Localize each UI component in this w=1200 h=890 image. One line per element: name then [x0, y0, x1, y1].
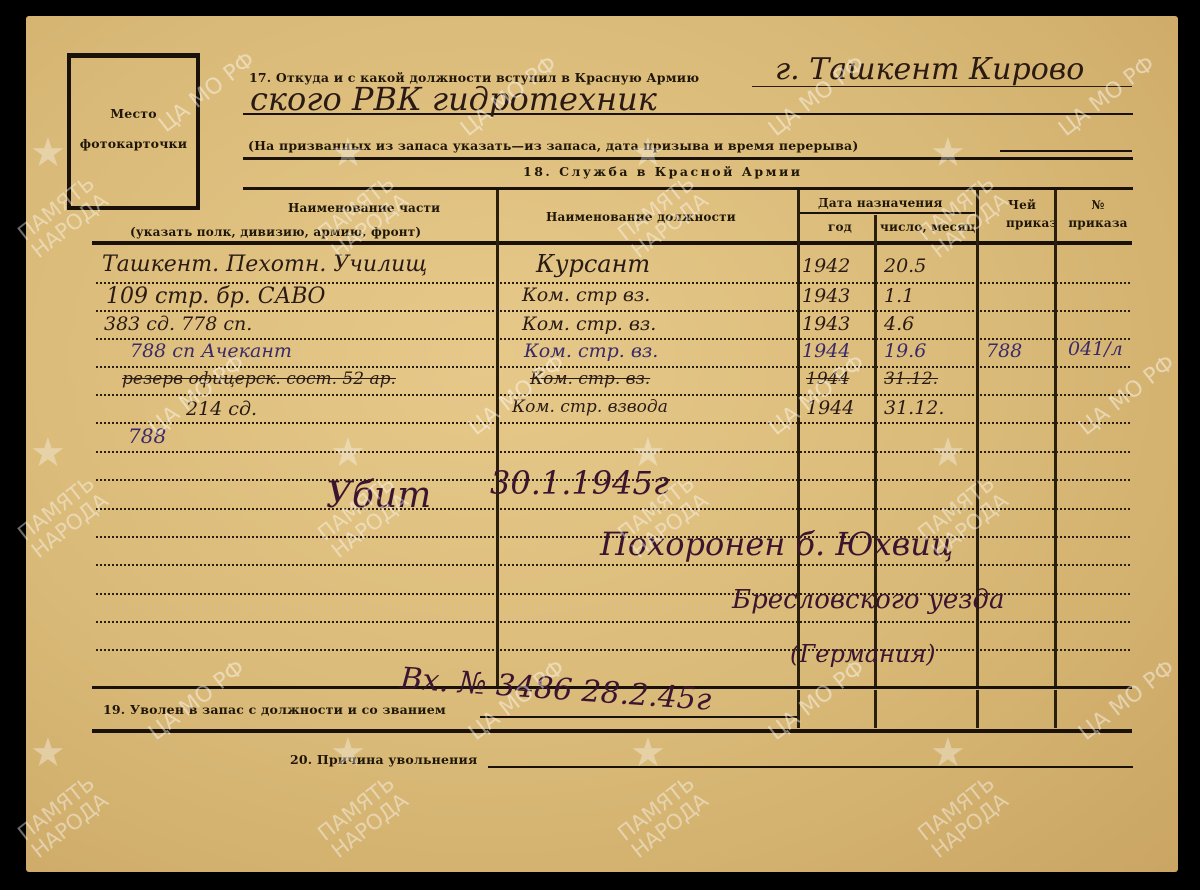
row-line — [96, 394, 1130, 396]
header-day-month: число, месяц — [880, 220, 975, 234]
note-country: (Германия) — [790, 640, 936, 668]
field19-col-divider — [1054, 690, 1057, 728]
note-killed-date: 30.1.1945г — [490, 464, 669, 502]
row5-day-month: 31.12. — [884, 397, 944, 419]
field19-col-divider — [797, 690, 800, 728]
row-line — [96, 621, 1130, 623]
row1-day-month: 1.1 — [884, 285, 914, 307]
row5-year: 1944 — [806, 397, 854, 419]
row0-day-month: 20.5 — [884, 255, 926, 277]
header-date-rule — [800, 212, 975, 214]
row2-year: 1943 — [802, 313, 850, 335]
field19-col-divider — [976, 690, 979, 728]
row5-unit: 214 сд. — [186, 398, 257, 420]
section18-title-rule — [243, 187, 1133, 190]
field17-handwritten-line1: г. Ташкент Кирово — [775, 52, 1084, 87]
col-divider-whose-order — [1054, 190, 1057, 687]
header-date: Дата назначения — [818, 196, 943, 210]
row0-unit: Ташкент. Пехотн. Училищ — [102, 252, 427, 277]
row3-position: Ком. стр. вз. — [524, 340, 658, 362]
row3-order-no: 041/л — [1068, 338, 1123, 360]
header-order-no: № приказа — [1066, 196, 1130, 232]
row-line — [96, 649, 1130, 651]
row4-year-struck: 1944 — [806, 369, 849, 389]
field17-bottom-rule — [243, 157, 1133, 160]
header-whose-order: Чей приказ — [1006, 196, 1038, 232]
row1-position: Ком. стр вз. — [522, 284, 650, 306]
field20-line — [488, 766, 1133, 768]
row-line — [96, 564, 1130, 566]
row5-position: Ком. стр. взвода — [512, 397, 668, 417]
col-divider-unit — [496, 190, 499, 687]
field17-note-line — [1000, 150, 1132, 152]
row3-day-month: 19.6 — [884, 340, 926, 362]
section18-title: 18. Служба в Красной Армии — [523, 164, 803, 179]
field20-label: 20. Причина увольнения — [290, 752, 477, 767]
header-year: год — [828, 220, 852, 234]
row-line — [96, 366, 1130, 368]
field19-label: 19. Уволен в запас с должности и со зван… — [103, 702, 446, 717]
row-line — [96, 422, 1130, 424]
field19-col-divider — [874, 690, 877, 728]
photo-placeholder-line2: фотокарточки — [71, 136, 196, 151]
header-unit-note: (указать полк, дивизию, армию, фронт) — [130, 225, 421, 239]
row4-day-month-struck: 31.12. — [884, 369, 938, 389]
row-line — [96, 508, 1130, 510]
row-line — [96, 451, 1130, 453]
row3-unit: 788 сп Ачекант — [130, 340, 292, 362]
row3-year: 1944 — [802, 340, 850, 362]
row2-position: Ком. стр. вз. — [522, 313, 656, 335]
row4-position-struck: Ком. стр. вз. — [530, 369, 650, 389]
row4-unit-struck: резерв офицерск. сост. 52 ар. — [122, 369, 396, 389]
field17-note: (На призванных из запаса указать—из запа… — [248, 138, 858, 153]
photo-placeholder-box: Место фотокарточки — [67, 53, 200, 210]
field19-bottom-rule — [92, 729, 1132, 733]
field17-handwritten-line2: ского РВК гидротехник — [250, 80, 657, 118]
photo-placeholder-line1: Место — [71, 106, 196, 121]
row1-year: 1943 — [802, 285, 850, 307]
row3-whose-order: 788 — [986, 340, 1022, 362]
field19-line — [480, 716, 798, 718]
row2-unit: 383 сд. 778 сп. — [104, 313, 252, 335]
row0-position: Курсант — [536, 250, 650, 278]
row-line — [96, 310, 1130, 312]
header-position: Наименование должности — [546, 210, 736, 224]
row6-unit: 788 — [128, 424, 166, 448]
row0-year: 1942 — [802, 255, 850, 277]
note-district: Бресловского уезда — [732, 585, 1004, 615]
row2-day-month: 4.6 — [884, 313, 914, 335]
row1-unit: 109 стр. бр. САВО — [106, 284, 325, 309]
note-buried: Похоронен б. Юхвиц — [600, 525, 953, 563]
header-unit: Наименование части — [288, 201, 440, 215]
note-killed: Убит — [326, 475, 431, 516]
